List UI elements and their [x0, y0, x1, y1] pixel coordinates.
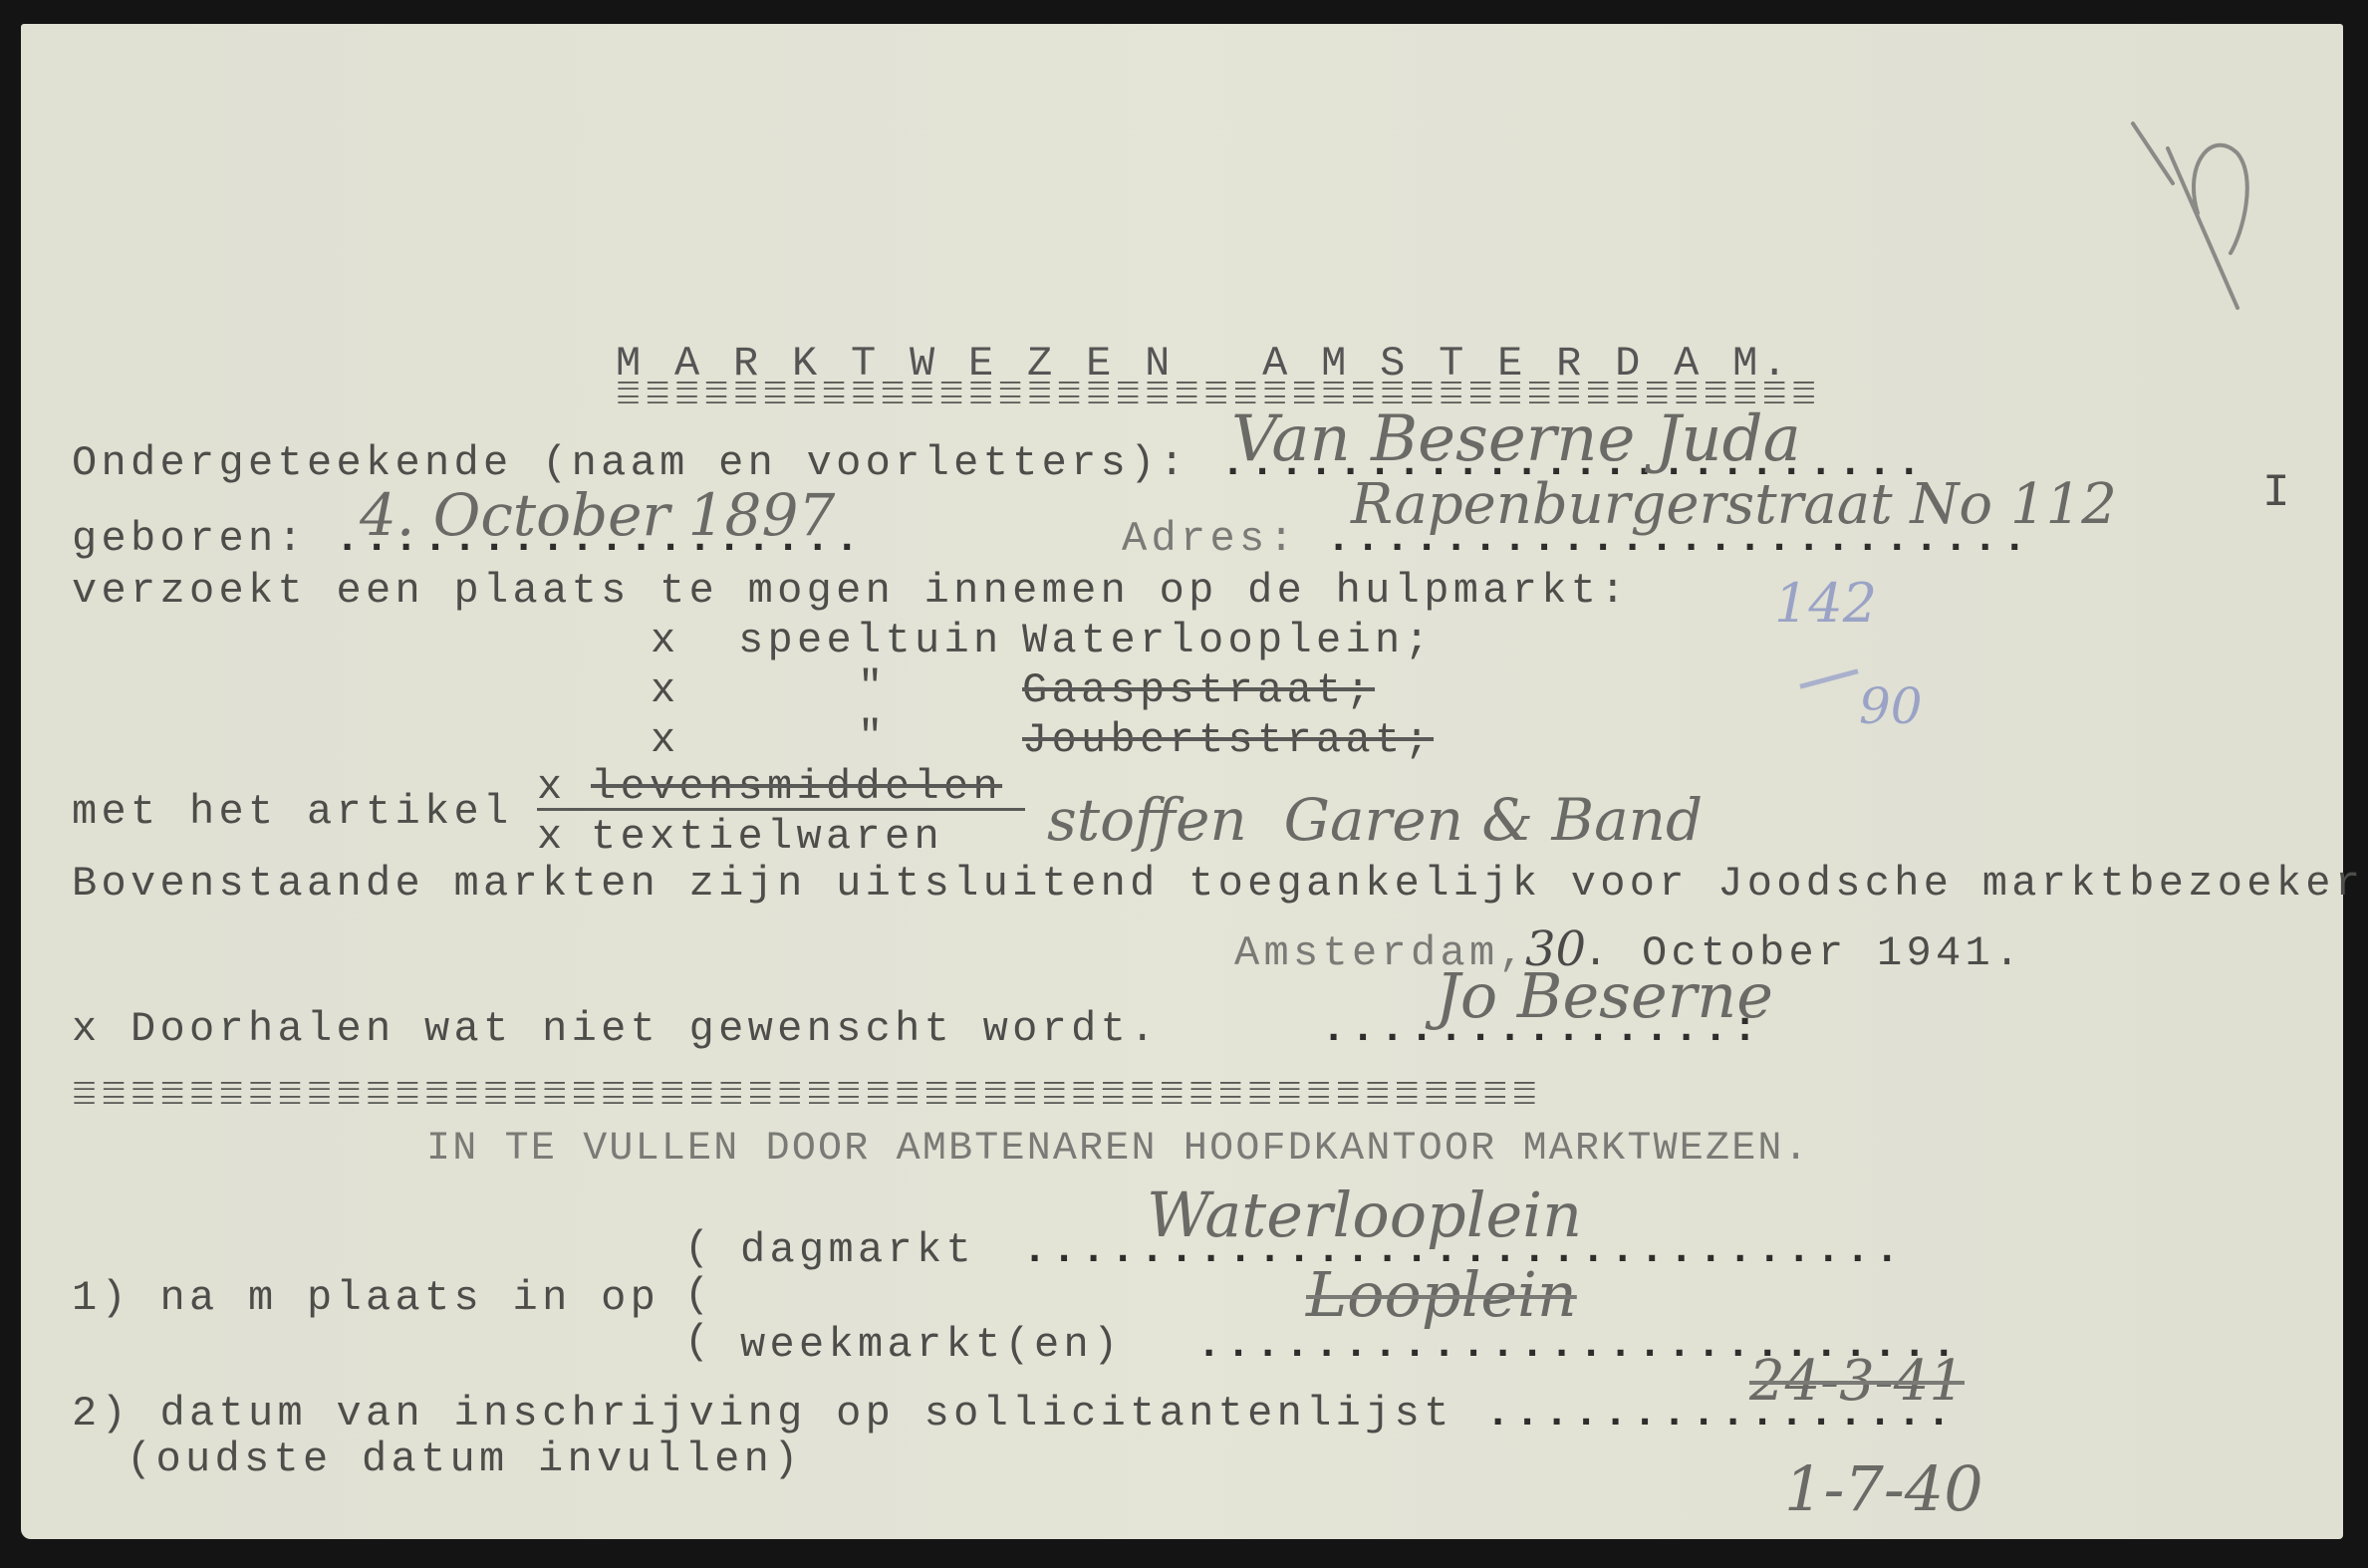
brace-bot: (	[684, 1321, 709, 1363]
corner-initials-icon	[2113, 94, 2272, 333]
market-prefix-2: "	[858, 666, 888, 708]
brace-mid: (	[684, 1274, 709, 1316]
weekmarkt-label: weekmarkt(en)	[740, 1324, 1123, 1366]
article-fraction-line	[537, 808, 1025, 811]
born-label: geboren:	[72, 518, 307, 560]
item2-sub: (oudste datum invullen)	[127, 1438, 803, 1480]
pencil-note-bottom: 90	[1859, 681, 1923, 731]
article-marker-2[interactable]: x	[537, 816, 567, 858]
article-handwritten[interactable]: stoffen Garen & Band	[1047, 791, 1703, 849]
pencil-note-divider	[1799, 668, 1858, 688]
pencil-note-top: 142	[1774, 577, 1877, 631]
name-label: Ondergeteekende (naam en voorletters):	[72, 442, 1188, 484]
market-name-2: Gaaspstraat;	[1022, 669, 1375, 711]
article-marker-1[interactable]: x	[537, 766, 567, 808]
market-name-1: Waterlooplein;	[1022, 620, 1434, 661]
document-card: M A R K T W E Z E N A M S T E R D A M. =…	[21, 24, 2343, 1539]
market-marker-1[interactable]: x	[651, 620, 680, 661]
name-suffix: I	[2262, 470, 2294, 516]
article-option-2: textielwaren	[591, 816, 943, 858]
dagmarkt-label: dagmarkt	[740, 1229, 975, 1271]
item2-label: 2) datum van inschrijving op sollicitant…	[72, 1393, 1453, 1435]
section-separator-2: ========================================…	[72, 1089, 1541, 1114]
address-label: Adres:	[1122, 518, 1298, 560]
item1-label: 1) na m plaats in op	[72, 1277, 659, 1319]
name-value[interactable]: Van Beserne Juda	[1231, 407, 1801, 471]
weekmarkt-value[interactable]: Looplein	[1306, 1264, 1577, 1326]
market-prefix-1: speeltuin	[738, 620, 1003, 661]
brace-top: (	[684, 1227, 709, 1269]
item2-value-struck: 24-3-41	[1749, 1354, 1965, 1410]
article-option-1: levensmiddelen	[591, 766, 1002, 808]
official-header: IN TE VULLEN DOOR AMBTENAREN HOOFDKANTOO…	[426, 1130, 1810, 1170]
address-value[interactable]: Rapenburgerstraat No 112	[1351, 477, 2117, 533]
market-prefix-3: "	[858, 716, 888, 758]
dagmarkt-value[interactable]: Waterlooplein	[1147, 1184, 1582, 1246]
market-name-3: Joubertstraat;	[1022, 719, 1434, 761]
signature[interactable]: Jo Beserne	[1436, 965, 1773, 1027]
request-text: verzoekt een plaats te mogen innemen op …	[72, 570, 1630, 612]
market-marker-2[interactable]: x	[651, 669, 680, 711]
item2-value[interactable]: 1-7-40	[1784, 1458, 1983, 1520]
strike-note: x Doorhalen wat niet gewenscht wordt.	[72, 1008, 1160, 1050]
born-value[interactable]: 4. October 1897	[360, 486, 835, 544]
market-marker-3[interactable]: x	[651, 719, 680, 761]
article-label: met het artikel	[72, 791, 513, 833]
notice-text: Bovenstaande markten zijn uitsluitend to…	[72, 863, 2368, 905]
